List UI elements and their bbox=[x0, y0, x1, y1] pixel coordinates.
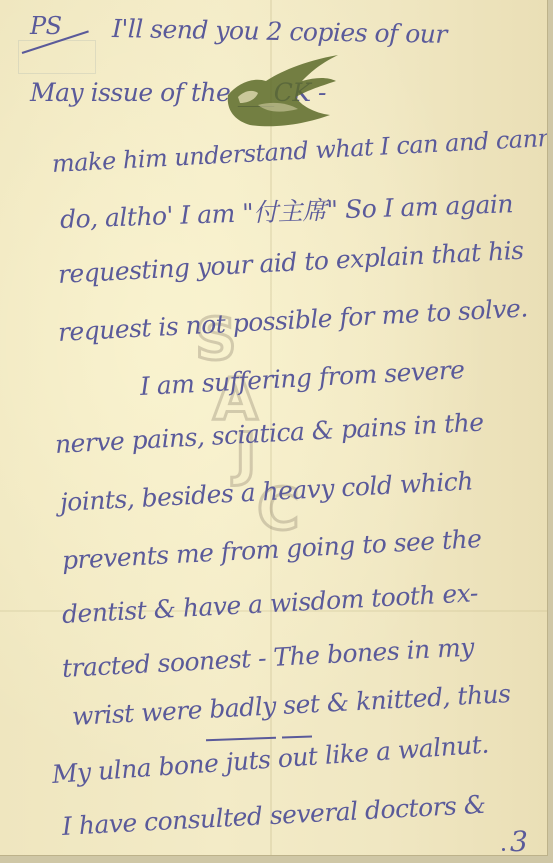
ps-label: PS bbox=[30, 12, 62, 40]
body-line-1: make him understand what I can and canno… bbox=[51, 123, 548, 178]
underline-set bbox=[282, 735, 312, 738]
bird-emblem-icon bbox=[218, 55, 343, 130]
faded-stamp bbox=[18, 40, 96, 74]
page-number: 3 bbox=[510, 825, 528, 856]
body-line-2: do, altho' I am "付主席" So I am again bbox=[59, 184, 513, 236]
body-line-10: tracted soonest - The bones in my bbox=[61, 632, 474, 683]
body-line-13: I have consulted several doctors & bbox=[61, 790, 486, 841]
ps-line-1: I'll send you 2 copies of our bbox=[112, 14, 447, 49]
underline-badly bbox=[206, 737, 276, 741]
body-line-3: requesting your aid to explain that his bbox=[57, 236, 524, 289]
body-line-11: wrist were badly set & knitted, thus bbox=[71, 679, 511, 731]
letter-page: PS I'll send you 2 copies of our May iss… bbox=[0, 0, 548, 856]
page-number-dot bbox=[502, 848, 505, 851]
